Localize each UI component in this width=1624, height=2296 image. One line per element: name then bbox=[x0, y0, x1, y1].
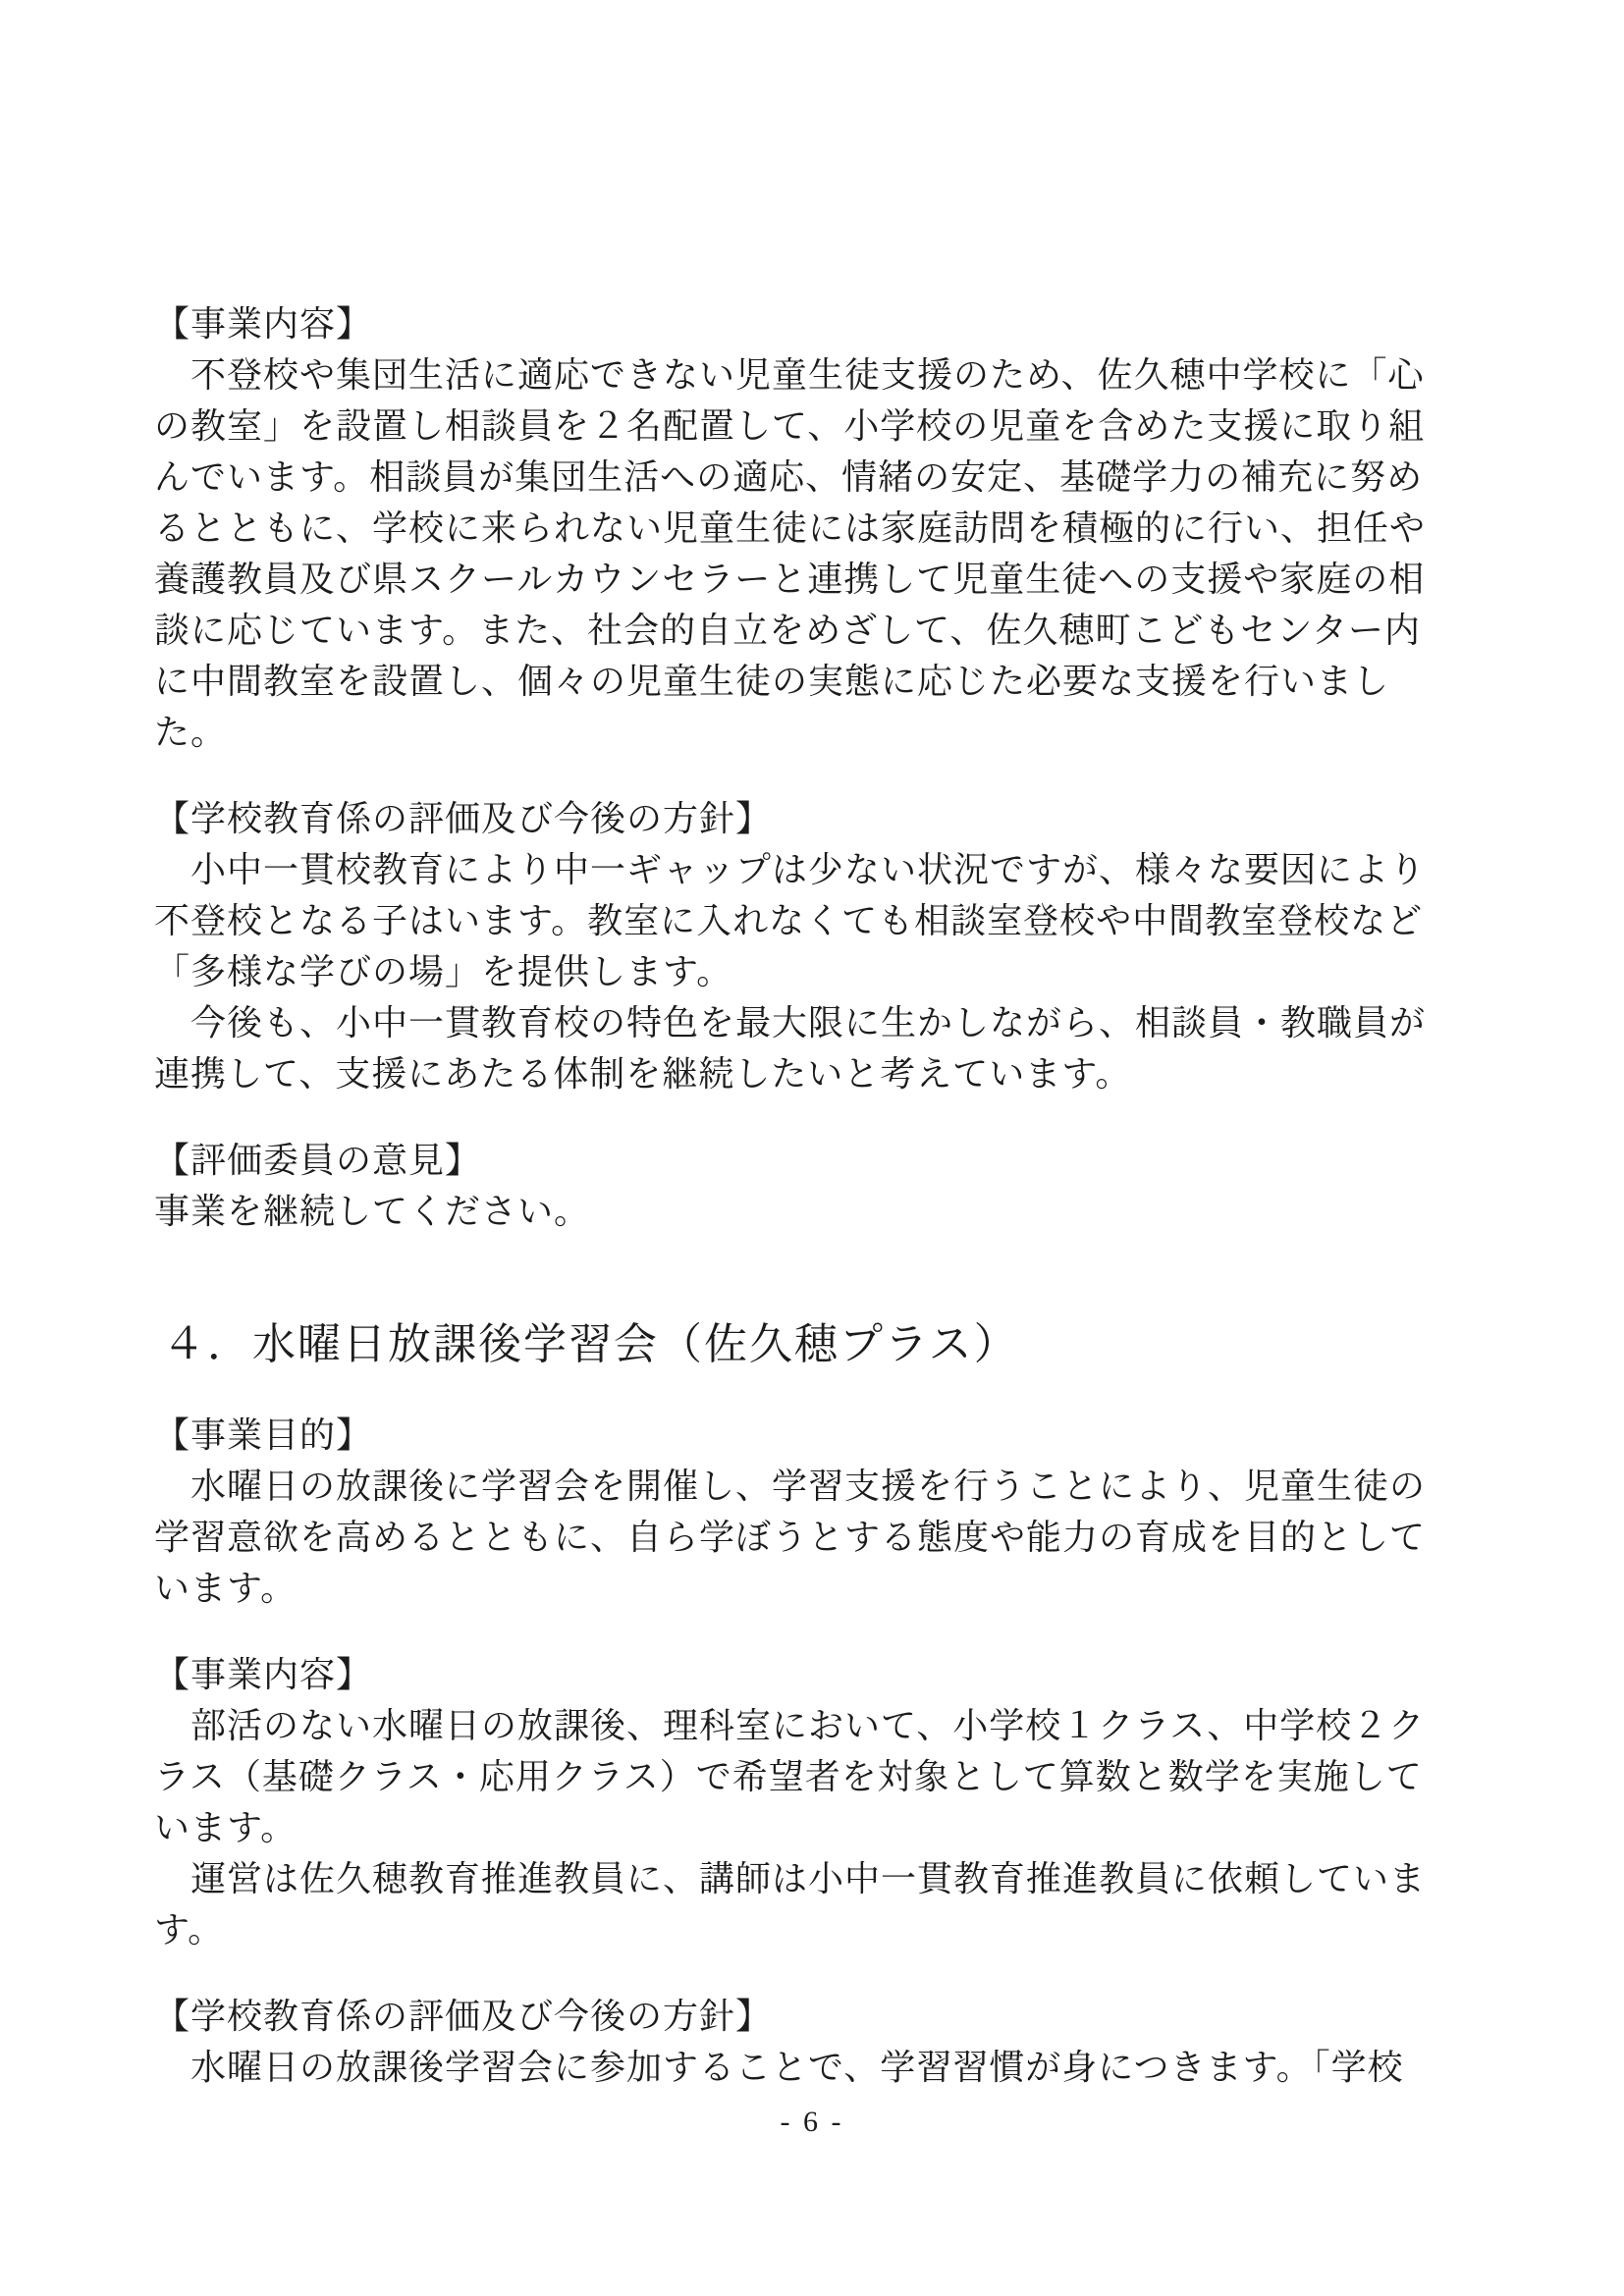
body-line: います。 bbox=[154, 1802, 1470, 1853]
document-content: 【事業内容】 不登校や集団生活に適応できない児童生徒支援のため、佐久穂中学校に「… bbox=[0, 0, 1624, 2093]
body-line: 学習意欲を高めるとともに、自ら学ぼうとする態度や能力の育成を目的として bbox=[154, 1512, 1470, 1563]
body-line: 事業を継続してください。 bbox=[154, 1186, 1470, 1237]
body-line: ラス（基礎クラス・応用クラス）で希望者を対象として算数と数学を実施して bbox=[154, 1751, 1470, 1802]
section-label: 【事業内容】 bbox=[154, 1649, 1470, 1700]
paragraph-block: 水曜日の放課後に学習会を開催し、学習支援を行うことにより、児童生徒の学習意欲を高… bbox=[154, 1461, 1470, 1614]
section-label: 【事業内容】 bbox=[154, 298, 1470, 349]
body-line: す。 bbox=[154, 1904, 1470, 1955]
section-label: 【評価委員の意見】 bbox=[154, 1135, 1470, 1186]
body-line: 今後も、小中一貫教育校の特色を最大限に生かしながら、相談員・教職員が bbox=[154, 997, 1470, 1048]
body-line: 部活のない水曜日の放課後、理科室において、小学校１クラス、中学校２ク bbox=[154, 1700, 1470, 1751]
section-label: 【事業目的】 bbox=[154, 1410, 1470, 1461]
section-label: 【学校教育係の評価及び今後の方針】 bbox=[154, 793, 1470, 844]
body-line: に中間教室を設置し、個々の児童生徒の実態に応じた必要な支援を行いまし bbox=[154, 656, 1470, 707]
document-page: 【事業内容】 不登校や集団生活に適応できない児童生徒支援のため、佐久穂中学校に「… bbox=[0, 0, 1624, 2296]
paragraph-block: 部活のない水曜日の放課後、理科室において、小学校１クラス、中学校２クラス（基礎ク… bbox=[154, 1700, 1470, 1955]
body-line: の教室」を設置し相談員を２名配置して、小学校の児童を含めた支援に取り組 bbox=[154, 400, 1470, 452]
body-line: 談に応じています。また、社会的自立をめざして、佐久穂町こどもセンター内 bbox=[154, 605, 1470, 656]
paragraph-block: 事業を継続してください。 bbox=[154, 1186, 1470, 1237]
paragraph-block: 不登校や集団生活に適応できない児童生徒支援のため、佐久穂中学校に「心の教室」を設… bbox=[154, 349, 1470, 758]
body-line: 水曜日の放課後学習会に参加することで、学習習慣が身につきます。「学校 bbox=[154, 2042, 1470, 2093]
body-line: 小中一貫校教育により中一ギャップは少ない状況ですが、様々な要因により bbox=[154, 844, 1470, 895]
paragraph-block: 水曜日の放課後学習会に参加することで、学習習慣が身につきます。「学校 bbox=[154, 2042, 1470, 2093]
body-line: るとともに、学校に来られない児童生徒には家庭訪問を積極的に行い、担任や bbox=[154, 503, 1470, 554]
body-line: んでいます。相談員が集団生活への適応、情緒の安定、基礎学力の補充に努め bbox=[154, 452, 1470, 503]
body-line: 不登校や集団生活に適応できない児童生徒支援のため、佐久穂中学校に「心 bbox=[154, 349, 1470, 400]
body-line: います。 bbox=[154, 1563, 1470, 1614]
page-number: - 6 - bbox=[0, 2101, 1624, 2144]
paragraph-block: 小中一貫校教育により中一ギャップは少ない状況ですが、様々な要因により不登校となる… bbox=[154, 844, 1470, 1099]
body-line: 不登校となる子はいます。教室に入れなくても相談室登校や中間教室登校など bbox=[154, 895, 1470, 946]
body-line: 「多様な学びの場」を提供します。 bbox=[154, 946, 1470, 997]
body-line: 連携して、支援にあたる体制を継続したいと考えています。 bbox=[154, 1048, 1470, 1099]
body-line: 水曜日の放課後に学習会を開催し、学習支援を行うことにより、児童生徒の bbox=[154, 1461, 1470, 1512]
section-title: ４．水曜日放課後学習会（佐久穂プラス） bbox=[154, 1315, 1470, 1374]
section-label: 【学校教育係の評価及び今後の方針】 bbox=[154, 1991, 1470, 2042]
body-line: 運営は佐久穂教育推進教員に、講師は小中一貫教育推進教員に依頼していま bbox=[154, 1853, 1470, 1904]
body-line: た。 bbox=[154, 707, 1470, 758]
body-line: 養護教員及び県スクールカウンセラーと連携して児童生徒への支援や家庭の相 bbox=[154, 554, 1470, 605]
